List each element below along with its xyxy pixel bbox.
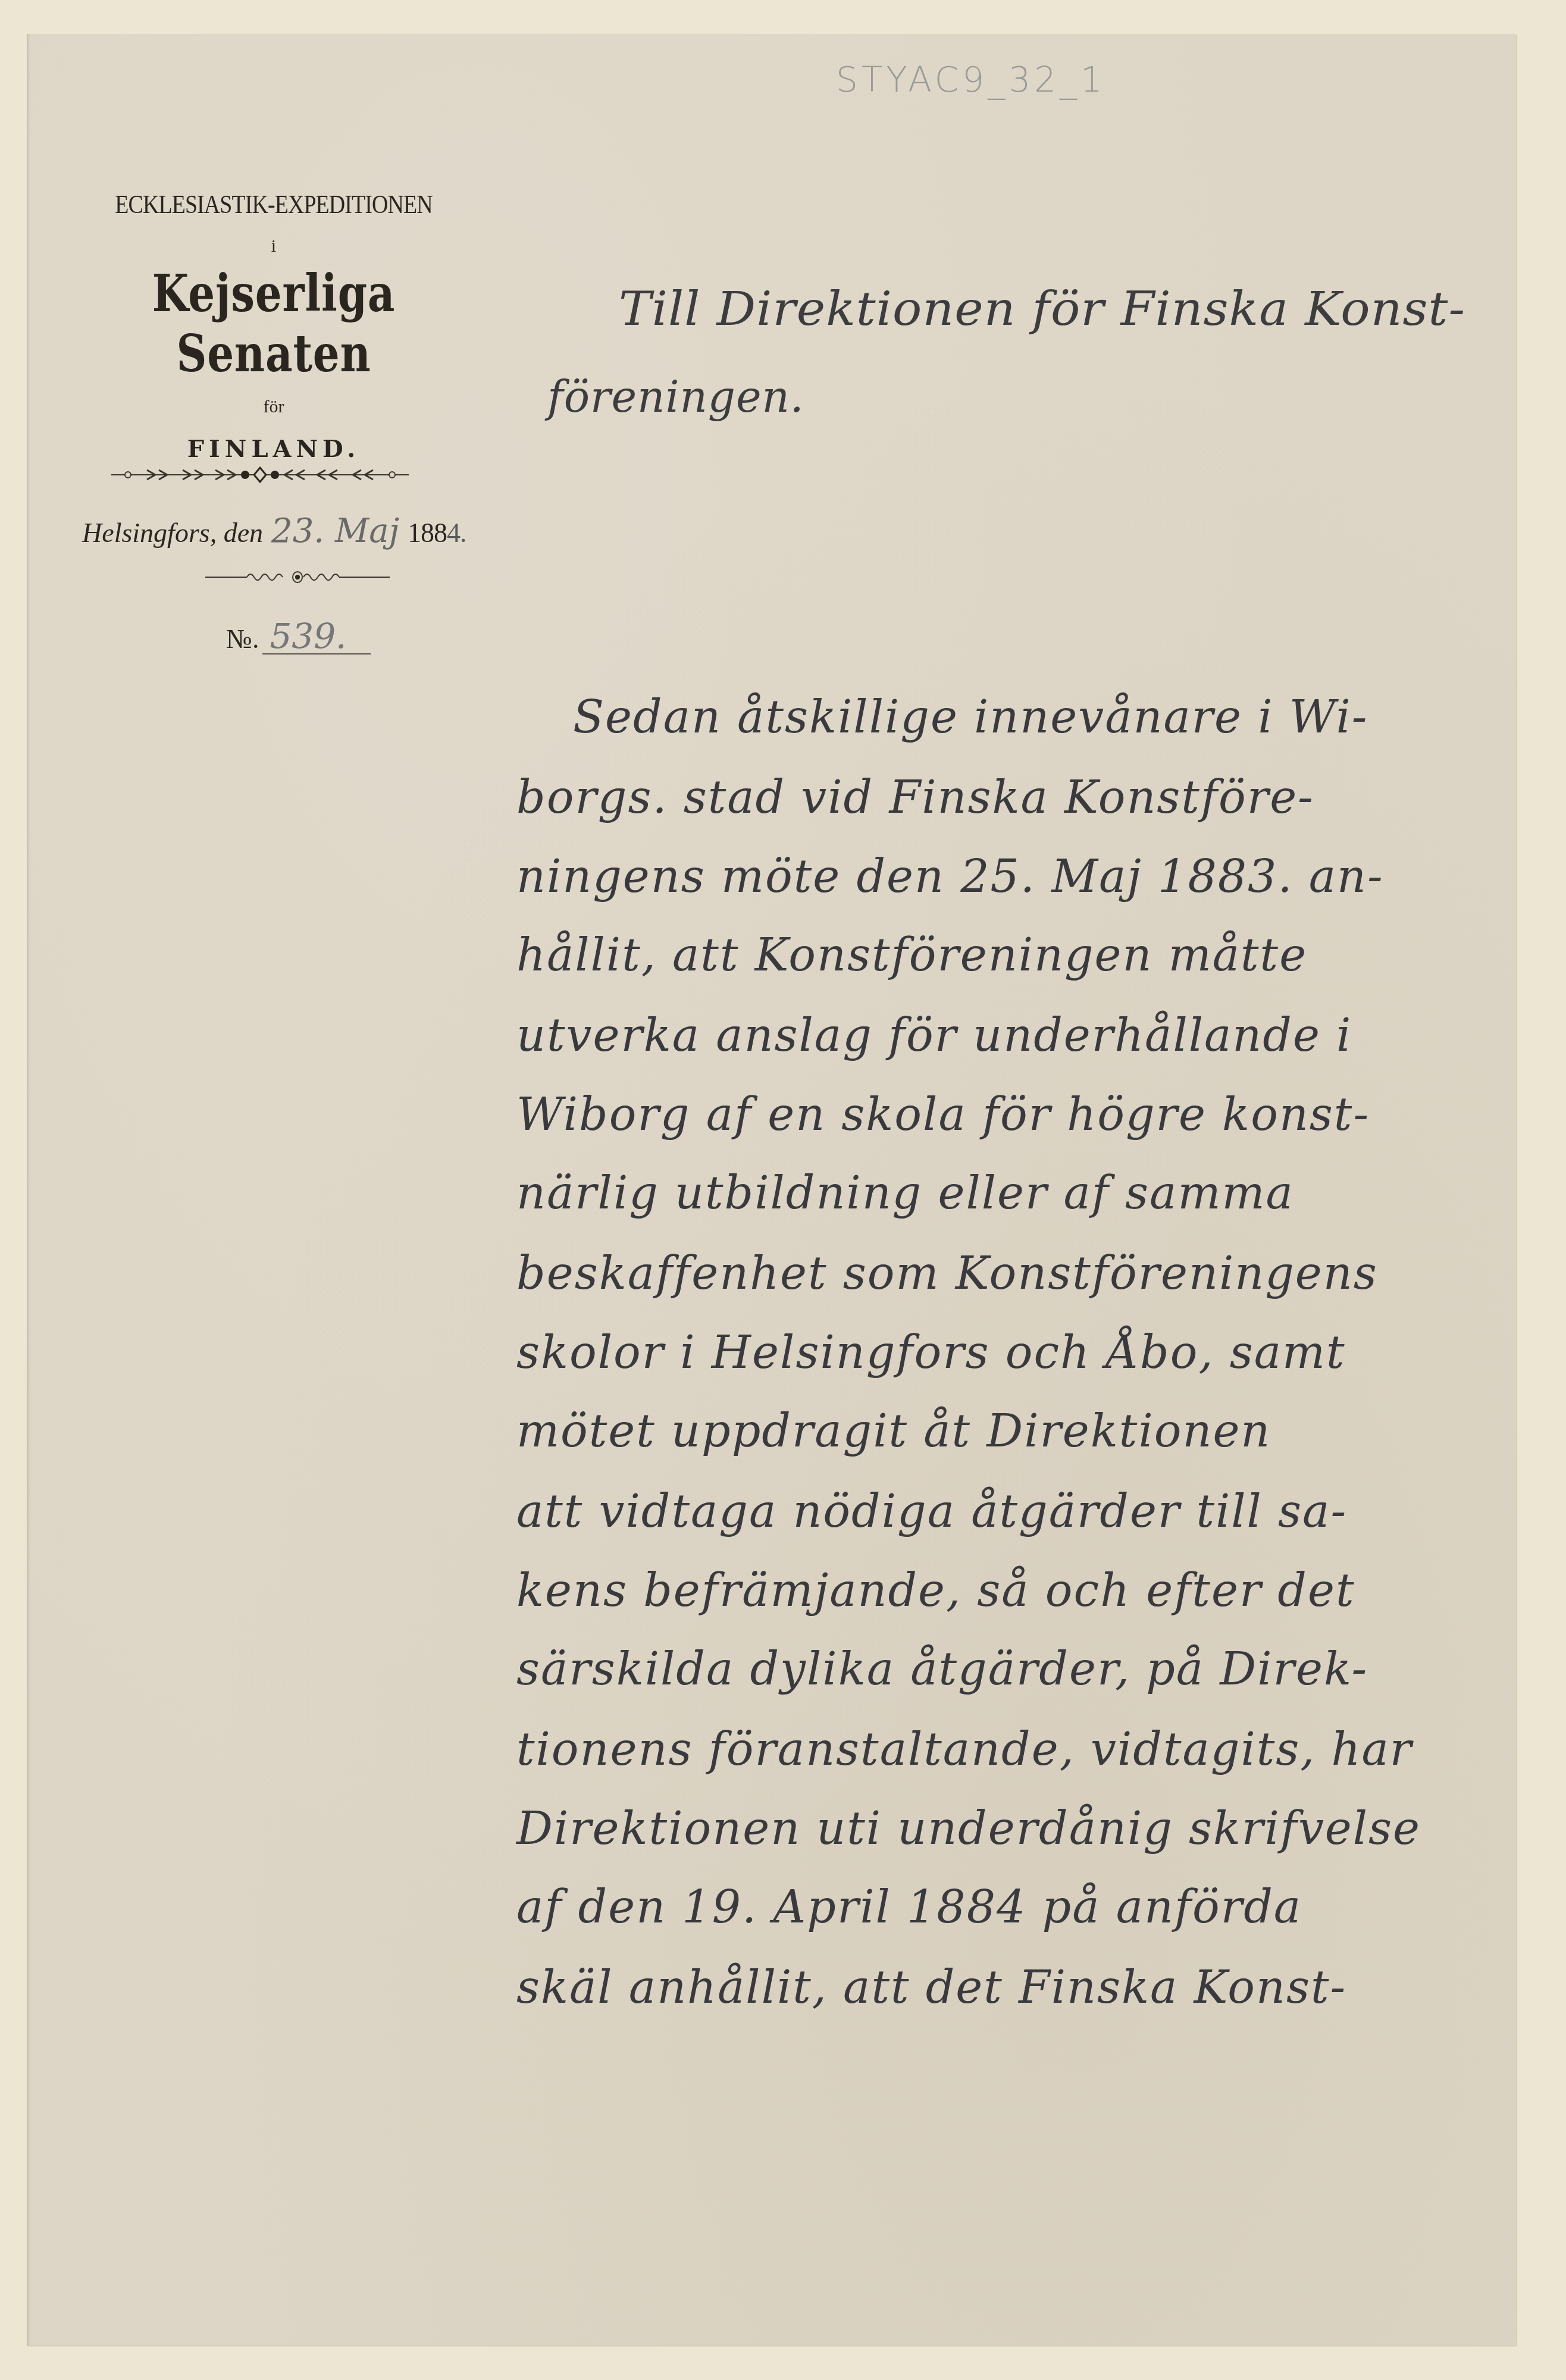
letterhead-connector-for: för xyxy=(48,397,500,417)
body-line: närlig utbildning eller af samma xyxy=(516,1166,1294,1219)
body-line: ningens möte den 25. Maj 1883. an- xyxy=(516,850,1384,903)
number-prefix: №. xyxy=(226,624,259,654)
body-line: skäl anhållit, att det Finska Konst- xyxy=(516,1961,1346,2013)
body-line: af den 19. April 1884 på anförda xyxy=(516,1880,1302,1933)
body-line: särskilda dylika åtgärder, på Direk- xyxy=(516,1642,1368,1695)
body-line: tionens föranstaltande, vidtagits, har xyxy=(516,1723,1412,1775)
archive-reference-mark: STYAC9_32_1 xyxy=(836,59,1106,100)
year-printed: 188 xyxy=(408,518,447,548)
letterhead-senate: Kejserliga Senaten xyxy=(88,264,459,384)
address-line-2: föreningen. xyxy=(547,372,804,422)
body-line: Wiborg af en skola för högre konst- xyxy=(516,1088,1370,1141)
decorative-squiggle-icon xyxy=(205,568,390,586)
address-line-1: Till Direktionen för Finska Konst- xyxy=(619,283,1465,336)
year-handwritten: 4. xyxy=(447,518,466,548)
body-line: att vidtaga nödiga åtgärder till sa- xyxy=(516,1485,1347,1537)
body-line: utverka anslag för underhållande i xyxy=(516,1009,1352,1061)
document-number: №.539. xyxy=(226,619,371,654)
handwritten-date: 23. Maj xyxy=(271,512,399,550)
page-edge xyxy=(27,34,30,2345)
body-line: skolor i Helsingfors och Åbo, samt xyxy=(516,1326,1346,1379)
letterhead-department: ECKLESIASTIK-EXPEDITIONEN xyxy=(79,189,468,220)
letterhead-country: FINLAND. xyxy=(48,435,500,463)
body-line: Direktionen uti underdånig skrifvelse xyxy=(516,1802,1421,1855)
body-line: Sedan åtskillige innevånare i Wi- xyxy=(573,690,1368,743)
letterhead-connector-i: i xyxy=(48,236,500,256)
decorative-ornament-icon xyxy=(111,464,409,486)
body-line: hållit, att Konstföreningen måtte xyxy=(516,928,1307,981)
body-line: kens befrämjande, så och efter det xyxy=(516,1564,1355,1617)
place-label: Helsingfors, den xyxy=(82,518,263,548)
dateline: Helsingfors, den23. Maj1884. xyxy=(82,512,466,550)
number-handwritten: 539. xyxy=(262,619,370,654)
letterhead: ECKLESIASTIK-EXPEDITIONEN i Kejserliga S… xyxy=(48,178,500,463)
body-line: beskaffenhet som Konstföreningens xyxy=(516,1247,1378,1299)
body-line: mötet uppdragit åt Direktionen xyxy=(516,1404,1271,1457)
body-line: borgs. stad vid Finska Konstföre- xyxy=(516,771,1314,823)
